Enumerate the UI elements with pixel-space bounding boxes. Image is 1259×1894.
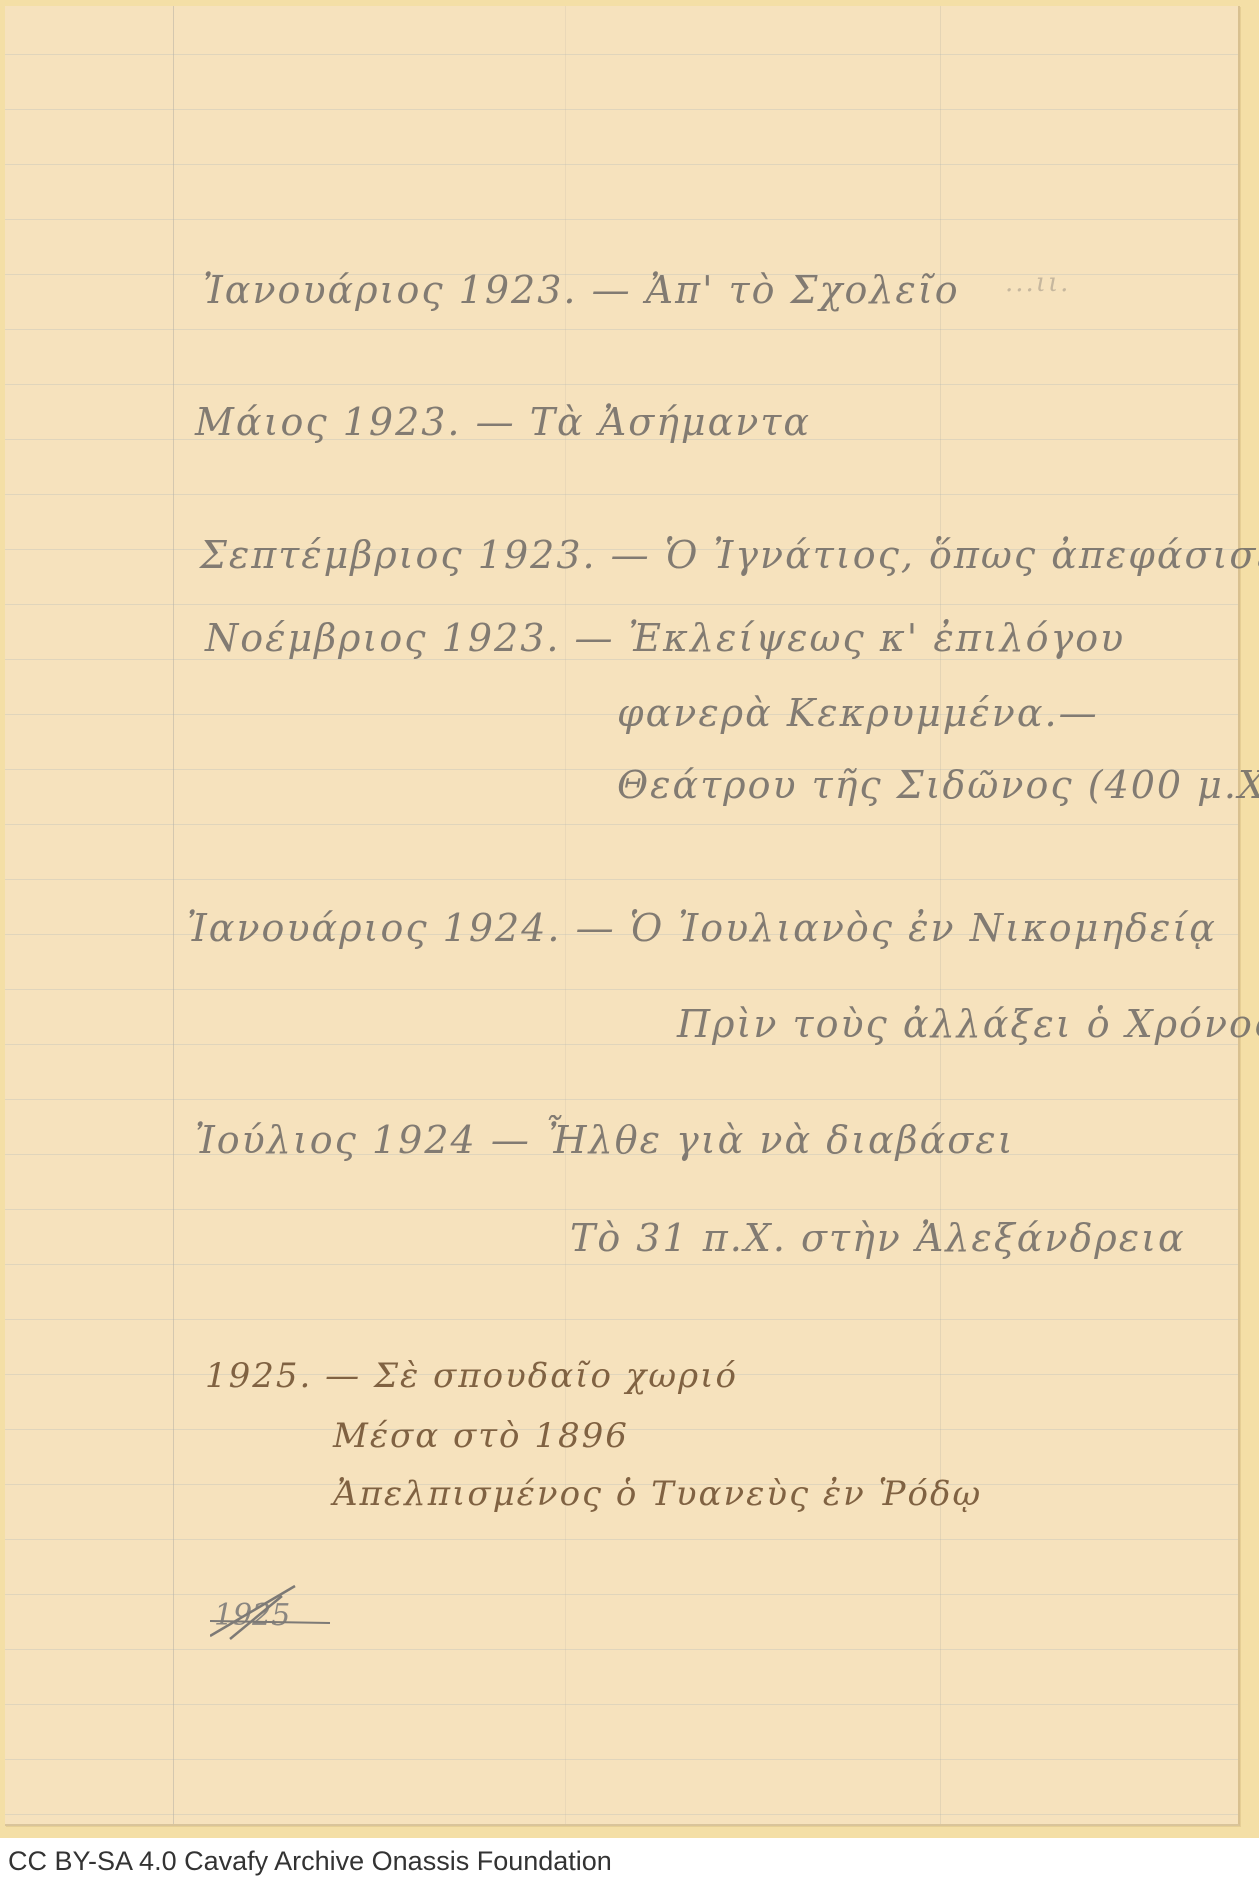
entry-title: Τὰ Ἀσήμαντα: [530, 400, 811, 444]
ruled-line: [5, 879, 1238, 880]
entry-3: Σεπτέμβριος 1923. — Ὁ Ἰγνάτιος, ὅπως ἀπε…: [200, 533, 1259, 577]
entry-dash: —: [325, 1356, 361, 1396]
footer-credit-bar: CC BY-SA 4.0 Cavafy Archive Onassis Foun…: [0, 1838, 1259, 1894]
ruled-line: [5, 384, 1238, 385]
ruled-line: [5, 219, 1238, 220]
faint-note: ...ιι.: [1005, 268, 1070, 298]
entry-title: Ὁ Ἰγνάτιος, ὅπως ἀπεφάσισε,: [665, 533, 1259, 577]
entry-7: 1925. — Σὲ σπουδαῖο χωριό: [205, 1356, 738, 1396]
entry-date: Σεπτέμβριος 1923.: [200, 533, 597, 577]
manuscript-scan: ...ιι. Ἰανουάριος 1923. — Ἀπ' τὸ Σχολεῖο…: [0, 0, 1259, 1838]
license-credit: CC BY-SA 4.0 Cavafy Archive Onassis Foun…: [8, 1846, 612, 1877]
entry-title: Ἀπ' τὸ Σχολεῖο: [646, 268, 960, 312]
ruled-line: [5, 494, 1238, 495]
ruled-line: [5, 1209, 1238, 1210]
ruled-line: [5, 1594, 1238, 1595]
entry-dash: —: [611, 533, 651, 577]
left-margin-line: [173, 6, 174, 1824]
paper-sheet: ...ιι. Ἰανουάριος 1923. — Ἀπ' τὸ Σχολεῖο…: [5, 6, 1240, 1826]
entry-6-cont-1: Τὸ 31 π.Χ. στὴν Ἀλεξάνδρεια: [570, 1216, 1186, 1260]
ruled-line: [5, 109, 1238, 110]
entry-dash: —: [575, 616, 615, 660]
ruled-line: [5, 1319, 1238, 1320]
entry-dash: —: [476, 400, 516, 444]
ruled-line: [5, 164, 1238, 165]
ruled-line: [5, 1704, 1238, 1705]
ruled-line: [5, 1264, 1238, 1265]
entry-1: Ἰανουάριος 1923. — Ἀπ' τὸ Σχολεῖο: [203, 268, 960, 312]
ruled-line: [5, 1099, 1238, 1100]
entry-7-cont-2: Ἀπελπισμένος ὁ Τυανεὺς ἐν Ῥόδῳ: [333, 1474, 982, 1514]
entry-date: Ἰανουάριος 1924.: [187, 906, 561, 950]
entry-dash: —: [491, 1118, 531, 1162]
ruled-line: [5, 1814, 1238, 1815]
entry-title: Σὲ σπουδαῖο χωριό: [374, 1356, 738, 1396]
entry-7-cont-1: Μέσα στὸ 1896: [333, 1416, 629, 1456]
entry-title: Ἐκλείψεως κ' ἐπιλόγου: [629, 616, 1126, 660]
entry-date: Νοέμβριος 1923.: [205, 616, 560, 660]
entry-6: Ἰούλιος 1924 — Ἦλθε γιὰ νὰ διαβάσει: [195, 1118, 1015, 1162]
entry-5: Ἰανουάριος 1924. — Ὁ Ἰουλιανὸς ἐν Νικομη…: [187, 906, 1217, 950]
crossed-out-mark: 1925: [210, 1581, 340, 1641]
entry-date: 1925.: [205, 1356, 312, 1396]
ruled-line: [5, 989, 1238, 990]
entry-date: Ἰανουάριος 1923.: [203, 268, 577, 312]
ruled-line: [5, 1539, 1238, 1540]
ruled-line: [5, 824, 1238, 825]
entry-4-cont-2: Θεάτρου τῆς Σιδῶνος (400 μ.Χ.): [617, 763, 1259, 807]
entry-title: Ὁ Ἰουλιανὸς ἐν Νικομηδείᾳ: [630, 906, 1217, 950]
entry-2: Μάιος 1923. — Τὰ Ἀσήμαντα: [195, 400, 811, 444]
ruled-line: [5, 1759, 1238, 1760]
entry-5-cont-1: Πρὶν τοὺς ἀλλάξει ὁ Χρόνος: [677, 1002, 1259, 1046]
ruled-line: [5, 54, 1238, 55]
ruled-line: [5, 329, 1238, 330]
ruled-line: [5, 604, 1238, 605]
entry-date: Ἰούλιος 1924: [195, 1118, 477, 1162]
entry-4: Νοέμβριος 1923. — Ἐκλείψεως κ' ἐπιλόγου: [205, 616, 1125, 660]
entry-dash: —: [576, 906, 616, 950]
entry-4-cont-1: φανερὰ Κεκρυμμένα.—: [617, 691, 1099, 735]
entry-date: Μάιος 1923.: [195, 400, 462, 444]
entry-title: Ἦλθε γιὰ νὰ διαβάσει: [545, 1118, 1015, 1162]
entry-dash: —: [592, 268, 632, 312]
ruled-line: [5, 1649, 1238, 1650]
